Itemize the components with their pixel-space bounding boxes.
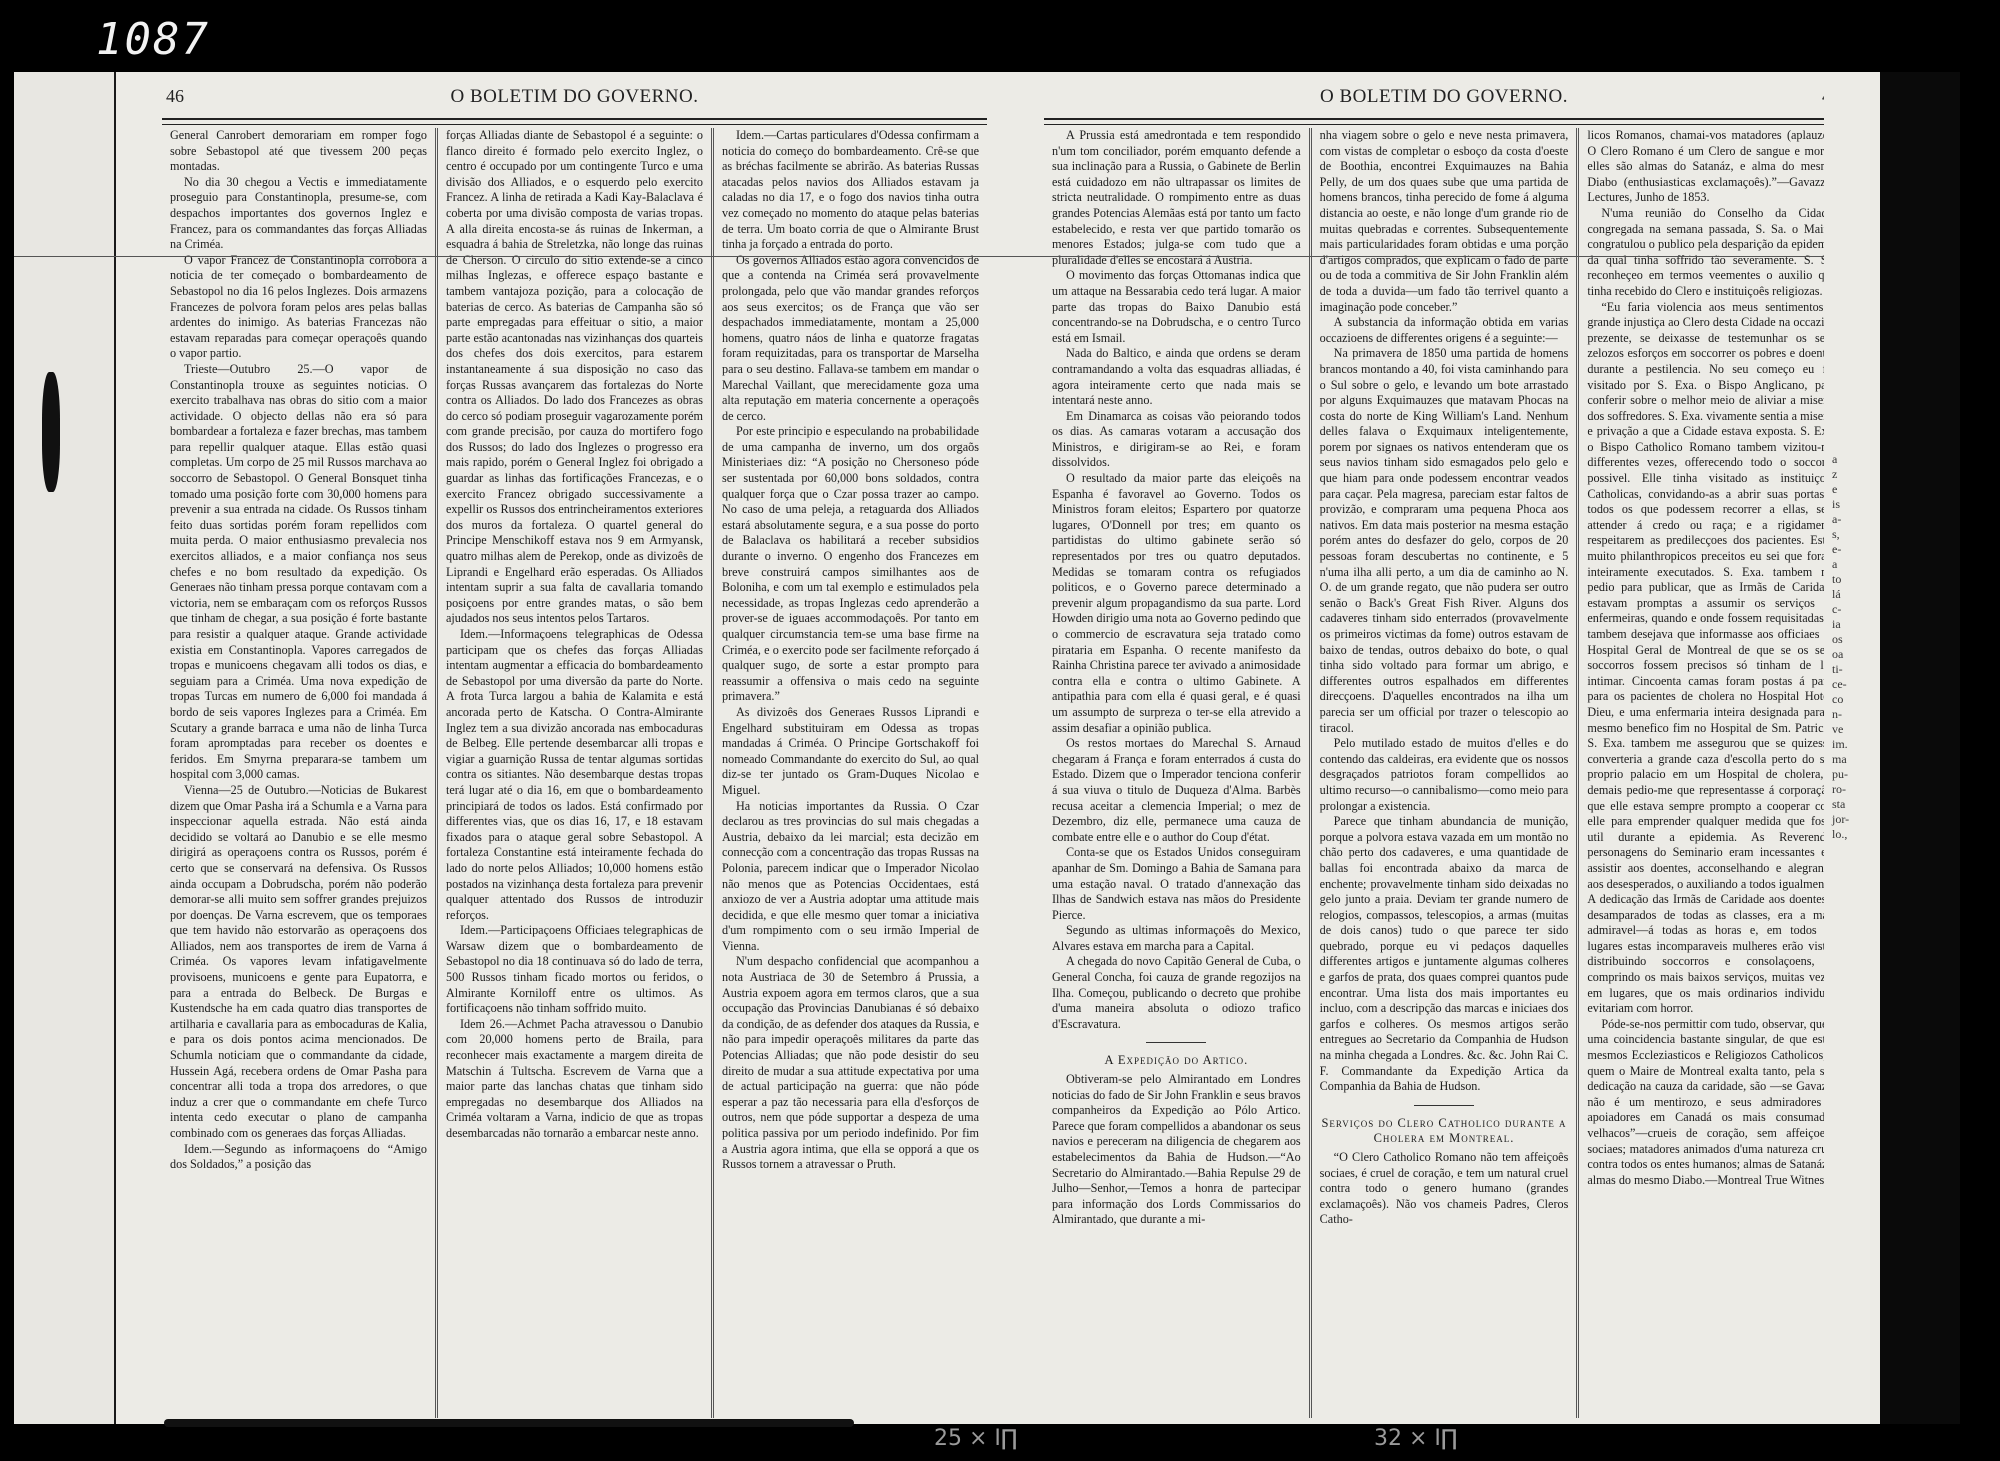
- edge-fragment: sta: [1832, 797, 1872, 812]
- article-paragraph: Trieste—Outubro 25.—O vapor de Constanti…: [170, 362, 427, 783]
- edge-fragment: is: [1832, 497, 1872, 512]
- next-page-edge: azeisa-s,e-atolác-iaosoati-ce-con-veim.m…: [1824, 72, 1960, 1424]
- article-paragraph: Em Dinamarca as coisas vão peiorando tod…: [1052, 409, 1301, 471]
- header-rule: [162, 118, 987, 125]
- article-paragraph: nha viagem sobre o gelo e neve nesta pri…: [1320, 128, 1569, 315]
- film-mark: 32 × I∏: [1374, 1426, 1458, 1451]
- article-paragraph: N'um despacho confidencial que acompanho…: [722, 954, 979, 1172]
- article-paragraph: O movimento das forças Ottomanas indica …: [1052, 268, 1301, 346]
- edge-fragment: ce-: [1832, 677, 1872, 692]
- edge-fragment: os: [1832, 632, 1872, 647]
- column: Idem.—Cartas particulares d'Odessa confi…: [711, 128, 987, 1418]
- edge-text-fragments: azeisa-s,e-atolác-iaosoati-ce-con-veim.m…: [1832, 452, 1872, 842]
- article-paragraph: Idem 26.—Achmet Pacha atravessou o Danub…: [446, 1017, 703, 1142]
- edge-fragment: z: [1832, 467, 1872, 482]
- edge-fragment: pu-: [1832, 767, 1872, 782]
- edge-fragment: im.: [1832, 737, 1872, 752]
- column: General Canrobert demorariam em romper f…: [162, 128, 435, 1418]
- article-paragraph: Póde-se-nos permittir com tudo, observar…: [1587, 1017, 1836, 1189]
- section-heading: A Expedição do Artico.: [1052, 1053, 1301, 1069]
- article-paragraph: Idem.—Participaçoens Officiaes telegraph…: [446, 923, 703, 1017]
- article-paragraph: forças Alliadas diante de Sebastopol é a…: [446, 128, 703, 627]
- left-running-head: 46 O BOLETIM DO GOVERNO.: [162, 86, 987, 112]
- right-page: O BOLETIM DO GOVERNO. 47 A Prussia está …: [1044, 72, 1844, 1372]
- newspaper-title: O BOLETIM DO GOVERNO.: [162, 86, 987, 108]
- section-separator: [1414, 1105, 1474, 1106]
- article-paragraph: A Prussia está amedrontada e tem respond…: [1052, 128, 1301, 268]
- column: forças Alliadas diante de Sebastopol é a…: [435, 128, 711, 1418]
- section-separator: [1146, 1042, 1206, 1043]
- article-paragraph: O vapor Francez de Constantinopla corrob…: [170, 253, 427, 362]
- edge-fragment: n-: [1832, 707, 1872, 722]
- edge-fragment: s,: [1832, 527, 1872, 542]
- edge-fragment: ma: [1832, 752, 1872, 767]
- article-paragraph: No dia 30 chegou a Vectis e immediatamen…: [170, 175, 427, 253]
- edge-fragment: lo.,: [1832, 827, 1872, 842]
- article-paragraph: Parece que tinham abundancia de munição,…: [1320, 814, 1569, 1095]
- article-paragraph: As divizoês dos Generaes Russos Liprandi…: [722, 705, 979, 799]
- newspaper-title: O BOLETIM DO GOVERNO.: [1044, 86, 1844, 108]
- edge-fragment: ro-: [1832, 782, 1872, 797]
- edge-fragment: jor-: [1832, 812, 1872, 827]
- edge-fragment: e: [1832, 482, 1872, 497]
- article-paragraph: Idem.—Informaçoens telegraphicas de Odes…: [446, 627, 703, 923]
- article-paragraph: O resultado da maior parte das eleiçoês …: [1052, 471, 1301, 736]
- frame-number: 1087: [96, 14, 210, 65]
- article-paragraph: Ha noticias importantes da Russia. O Cza…: [722, 799, 979, 955]
- article-paragraph: Idem.—Cartas particulares d'Odessa confi…: [722, 128, 979, 253]
- article-paragraph: A chegada do novo Capitão General de Cub…: [1052, 954, 1301, 1032]
- right-running-head: O BOLETIM DO GOVERNO. 47: [1044, 86, 1844, 112]
- newspaper-spread: 46 O BOLETIM DO GOVERNO. General Canrobe…: [14, 72, 1960, 1424]
- article-paragraph: A substancia da informação obtida em var…: [1320, 315, 1569, 346]
- article-paragraph: Na primavera de 1850 uma partida de home…: [1320, 346, 1569, 736]
- article-paragraph: “Eu faria violencia aos meus sentimentos…: [1587, 300, 1836, 1017]
- article-paragraph: licos Romanos, chamai-vos matadores (apl…: [1587, 128, 1836, 206]
- scan-smudge: [42, 372, 60, 492]
- edge-fragment: ti-: [1832, 662, 1872, 677]
- article-paragraph: N'uma reunião do Conselho da Cidade, con…: [1587, 206, 1836, 300]
- edge-fragment: a-: [1832, 512, 1872, 527]
- film-marks: 25 × I∏ 32 × I∏: [14, 1426, 1960, 1454]
- column: A Prussia está amedrontada e tem respond…: [1044, 128, 1309, 1418]
- article-paragraph: Os governos Alliados estão agora convenc…: [722, 253, 979, 425]
- edge-fragment: to: [1832, 572, 1872, 587]
- right-columns: A Prussia está amedrontada e tem respond…: [1044, 128, 1844, 1372]
- edge-fragment: ve: [1832, 722, 1872, 737]
- left-columns: General Canrobert demorariam em romper f…: [162, 128, 987, 1372]
- article-paragraph: General Canrobert demorariam em romper f…: [170, 128, 427, 175]
- left-page: 46 O BOLETIM DO GOVERNO. General Canrobe…: [162, 72, 987, 1372]
- edge-fragment: lá: [1832, 587, 1872, 602]
- article-paragraph: Os restos mortaes do Marechal S. Arnaud …: [1052, 736, 1301, 845]
- article-paragraph: Obtiveram-se pelo Almirantado em Londres…: [1052, 1072, 1301, 1228]
- article-paragraph: Pelo mutilado estado de muitos d'elles e…: [1320, 736, 1569, 814]
- article-paragraph: Por este principio e especulando na prob…: [722, 424, 979, 705]
- film-mark: 25 × I∏: [934, 1426, 1018, 1451]
- scan-border: [1880, 72, 1960, 1424]
- article-paragraph: Vienna—25 de Outubro.—Noticias de Bukare…: [170, 783, 427, 1142]
- edge-fragment: c-: [1832, 602, 1872, 617]
- edge-fragment: ia: [1832, 617, 1872, 632]
- section-heading: Serviços do Clero Catholico durante a Ch…: [1320, 1116, 1569, 1147]
- article-paragraph: Segundo as ultimas informaçoês do Mexico…: [1052, 923, 1301, 954]
- article-paragraph: Nada do Baltico, e ainda que ordens se d…: [1052, 346, 1301, 408]
- article-paragraph: “O Clero Catholico Romano não tem affeiç…: [1320, 1150, 1569, 1228]
- header-rule: [1044, 118, 1844, 125]
- edge-fragment: a: [1832, 452, 1872, 467]
- edge-fragment: co: [1832, 692, 1872, 707]
- column: nha viagem sobre o gelo e neve nesta pri…: [1309, 128, 1577, 1418]
- previous-page-strip: [14, 72, 116, 1424]
- fold-crease: [14, 256, 1960, 257]
- article-paragraph: Idem.—Segundo as informaçoens do “Amigo …: [170, 1142, 427, 1173]
- edge-fragment: oa: [1832, 647, 1872, 662]
- column: licos Romanos, chamai-vos matadores (apl…: [1576, 128, 1844, 1418]
- edge-fragment: e-: [1832, 542, 1872, 557]
- article-paragraph: Conta-se que os Estados Unidos conseguir…: [1052, 845, 1301, 923]
- edge-fragment: a: [1832, 557, 1872, 572]
